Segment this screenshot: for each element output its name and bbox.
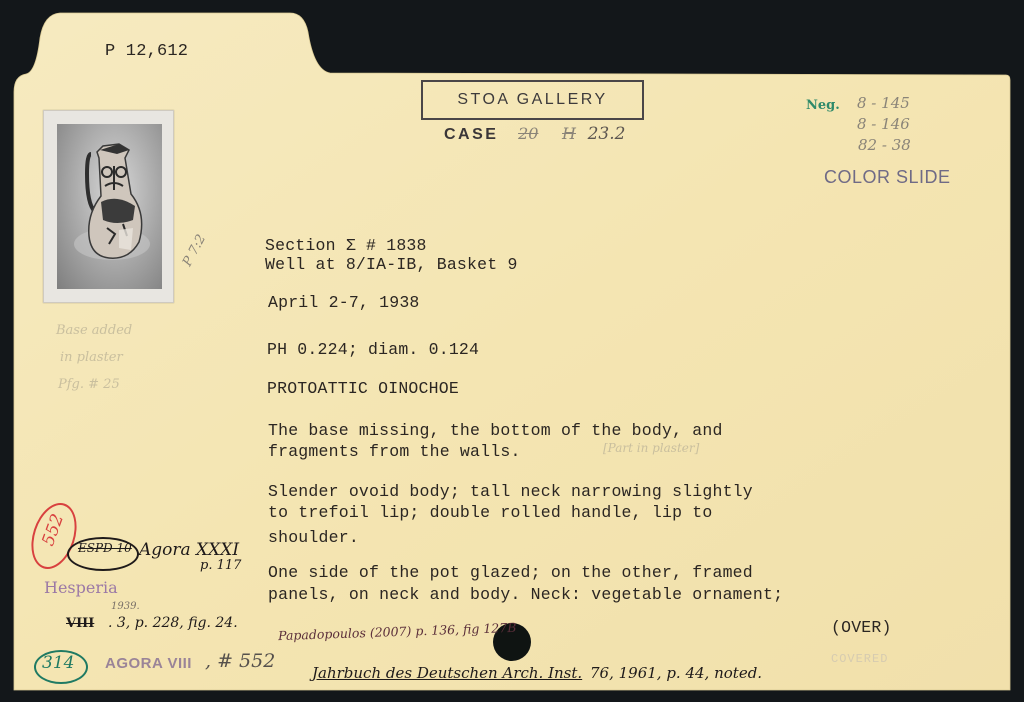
agora-stamp: AGORA VIII — [105, 655, 192, 672]
section-line: Section Σ # 1838 — [265, 236, 427, 255]
case-struck-h: H — [562, 124, 576, 143]
agora-number: , # 552 — [205, 650, 275, 672]
object-title: PROTOATTIC OINOCHOE — [267, 379, 459, 398]
plaster-note-line1: Base added — [56, 323, 132, 338]
case-label: CASE — [444, 126, 498, 143]
hesperia-volume-struck: VIII — [66, 616, 94, 631]
description-line-3: shoulder. — [268, 528, 359, 547]
hesperia-year: 1939. — [111, 601, 140, 612]
neg-number-1: 8 - 145 — [857, 94, 910, 112]
inventory-number: P 12,612 — [105, 42, 188, 61]
over-label: (OVER) — [831, 618, 892, 637]
object-photo — [43, 110, 174, 303]
case-value: 23.2 — [588, 124, 626, 144]
neg-number-2: 8 - 146 — [857, 115, 910, 133]
decoration-line-1: One side of the pot glazed; on the other… — [268, 563, 753, 582]
condition-line-2: fragments from the walls. — [268, 442, 521, 461]
condition-line-1: The base missing, the bottom of the body… — [268, 421, 723, 440]
green-circled-number: 314 — [42, 653, 74, 673]
covered-stamp: COVERED — [831, 652, 888, 666]
case-line: CASE 20 H 23.2 — [444, 124, 625, 144]
neg-label: Neg. — [806, 98, 840, 113]
date-line: April 2-7, 1938 — [268, 293, 420, 312]
part-in-plaster-note: [Part in plaster] — [603, 441, 699, 455]
struck-reference: ESPD 10 — [78, 541, 132, 555]
stoa-gallery-stamp: STOA GALLERY — [421, 80, 644, 120]
oinochoe-image — [57, 124, 162, 289]
jahrbuch-ref: Jahrbuch des Deutschen Arch. Inst. — [312, 664, 582, 682]
description-line-2: to trefoil lip; double rolled handle, li… — [268, 503, 712, 522]
color-slide-stamp: COLOR SLIDE — [824, 167, 951, 188]
case-struck-20: 20 — [518, 124, 538, 143]
hesperia-stamp: Hesperia — [44, 578, 118, 597]
decoration-line-2: panels, on neck and body. Neck: vegetabl… — [268, 585, 783, 604]
plaster-note-line2: in plaster — [60, 350, 123, 365]
dimensions-line: PH 0.224; diam. 0.124 — [267, 340, 479, 359]
neg-number-3: 82 - 38 — [858, 136, 911, 154]
jahrbuch-details: 76, 1961, p. 44, noted. — [590, 664, 762, 682]
plaster-note-line3: Pfg. # 25 — [58, 377, 120, 392]
agora-xxxi-ref: Agora XXXI — [139, 540, 239, 560]
agora-xxxi-page: p. 117 — [200, 558, 241, 573]
description-line-1: Slender ovoid body; tall neck narrowing … — [268, 482, 753, 501]
findspot-line: Well at 8/IA-IB, Basket 9 — [265, 255, 518, 274]
hesperia-ref: . 3, p. 228, fig. 24. — [108, 615, 238, 631]
